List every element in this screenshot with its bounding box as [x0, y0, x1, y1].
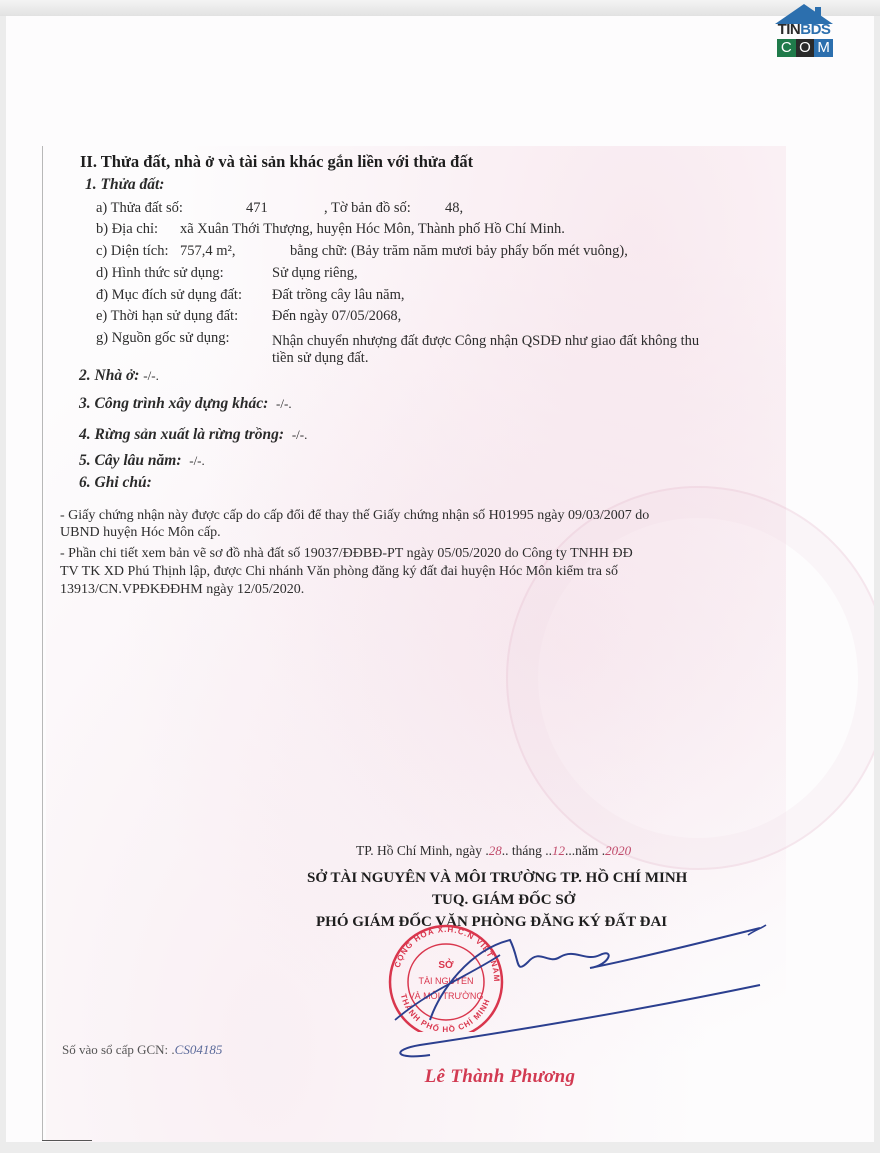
watermark-emblem — [506, 486, 874, 870]
note2-line2: TV TK XD Phú Thịnh lập, được Chi nhánh V… — [60, 563, 618, 581]
other-construction-value: -/-. — [276, 396, 292, 411]
note2-line3: 13913/CN.VPĐKĐĐHM ngày 12/05/2020. — [60, 581, 304, 599]
logo-bds: BDS — [800, 21, 830, 38]
perennial-heading: 5. Cây lâu năm: -/-. — [79, 452, 205, 470]
logo-letter-o: O — [796, 39, 815, 57]
forest-value: -/-. — [292, 427, 308, 442]
note2-line1: - Phần chi tiết xem bản vẽ sơ đồ nhà đất… — [60, 545, 633, 563]
issuing-authority: SỞ TÀI NGUYÊN VÀ MÔI TRƯỜNG TP. HỒ CHÍ M… — [307, 869, 687, 887]
forest-heading: 4. Rừng sản xuất là rừng trồng: -/-. — [79, 426, 307, 444]
forest-label: 4. Rừng sản xuất là rừng trồng: — [79, 426, 284, 443]
svg-text:SỞ: SỞ — [438, 958, 454, 971]
purpose-value: Đất trồng cây lâu năm, — [272, 286, 404, 304]
logo-com: C O M — [777, 39, 833, 57]
usage-form-value: Sử dụng riêng, — [272, 264, 358, 282]
registry-value: CS04185 — [175, 1042, 223, 1057]
term-label: e) Thời hạn sử dụng đất: — [96, 307, 238, 325]
viewer-top-edge — [0, 0, 880, 16]
notes-heading: 6. Ghi chú: — [79, 474, 152, 492]
area-value: 757,4 m², — [180, 242, 236, 260]
page-border-left — [42, 146, 43, 1141]
registry-label: Số vào sổ cấp GCN: . — [62, 1042, 175, 1057]
signer-name: Lê Thành Phương — [420, 1066, 580, 1088]
house-heading: 2. Nhà ở: -/-. — [79, 367, 159, 385]
area-label: c) Diện tích: — [96, 242, 168, 260]
house-heading-label: 2. Nhà ở: — [79, 367, 139, 384]
logo-letter-m: M — [814, 39, 833, 57]
section-title: II. Thửa đất, nhà ở và tài sản khác gắn … — [80, 153, 473, 171]
other-construction-label: 3. Công trình xây dựng khác: — [79, 395, 268, 412]
other-construction-heading: 3. Công trình xây dựng khác: -/-. — [79, 395, 292, 413]
svg-text:VÀ MÔI TRƯỜNG: VÀ MÔI TRƯỜNG — [409, 991, 484, 1001]
on-behalf-title: TUQ. GIÁM ĐỐC SỞ — [432, 891, 575, 909]
origin-label: g) Nguồn gốc sử dụng: — [96, 329, 230, 347]
note1-line2: UBND huyện Hóc Môn cấp. — [60, 524, 221, 542]
chimney-icon — [815, 7, 821, 17]
usage-form-label: d) Hình thức sử dụng: — [96, 264, 224, 282]
issue-month: 12 — [552, 843, 565, 858]
area-in-words: bằng chữ: (Bảy trăm năm mươi bảy phẩy bố… — [290, 242, 628, 260]
month-label: .. tháng .. — [502, 843, 552, 858]
perennial-value: -/-. — [189, 453, 205, 468]
svg-text:TÀI NGUYÊN: TÀI NGUYÊN — [418, 976, 473, 986]
note1-line1: - Giấy chứng nhận này được cấp do cấp đổ… — [60, 507, 649, 525]
purpose-label: đ) Mục đích sử dụng đất: — [96, 286, 242, 304]
page-border-bottom — [42, 1140, 92, 1141]
logo-wordmark: TINBDS — [775, 22, 833, 38]
parcel-label: a) Thửa đất số: — [96, 199, 183, 217]
registry-number: Số vào sổ cấp GCN: .CS04185 — [62, 1041, 222, 1059]
issue-day: 28 — [489, 843, 502, 858]
place-date-prefix: TP. Hồ Chí Minh, ngày . — [356, 843, 489, 858]
map-sheet-number: 48, — [445, 199, 463, 217]
address-value: xã Xuân Thới Thượng, huyện Hóc Môn, Thàn… — [180, 220, 565, 238]
parcel-number: 471 — [246, 199, 268, 217]
land-heading: 1. Thửa đất: — [85, 176, 164, 194]
origin-value-line2: tiền sử dụng đất. — [272, 349, 368, 367]
logo-tin: TIN — [778, 21, 801, 38]
tinbds-logo[interactable]: TINBDS C O M — [773, 4, 835, 62]
map-sheet-label: , Tờ bản đồ số: — [324, 199, 411, 217]
origin-value-line1: Nhận chuyển nhượng đất được Công nhận QS… — [272, 332, 699, 350]
issue-year: 2020 — [605, 843, 631, 858]
perennial-label: 5. Cây lâu năm: — [79, 452, 181, 469]
house-value: -/-. — [143, 368, 159, 383]
year-label: ...năm . — [565, 843, 605, 858]
address-label: b) Địa chỉ: — [96, 220, 158, 238]
term-value: Đến ngày 07/05/2068, — [272, 307, 401, 325]
official-seal: CỘNG HÒA X.H.C.N VIỆT NAM THÀNH PHỐ HỒ C… — [376, 922, 516, 1032]
logo-letter-c: C — [777, 39, 796, 57]
place-date: TP. Hồ Chí Minh, ngày .28.. tháng ..12..… — [356, 842, 631, 860]
